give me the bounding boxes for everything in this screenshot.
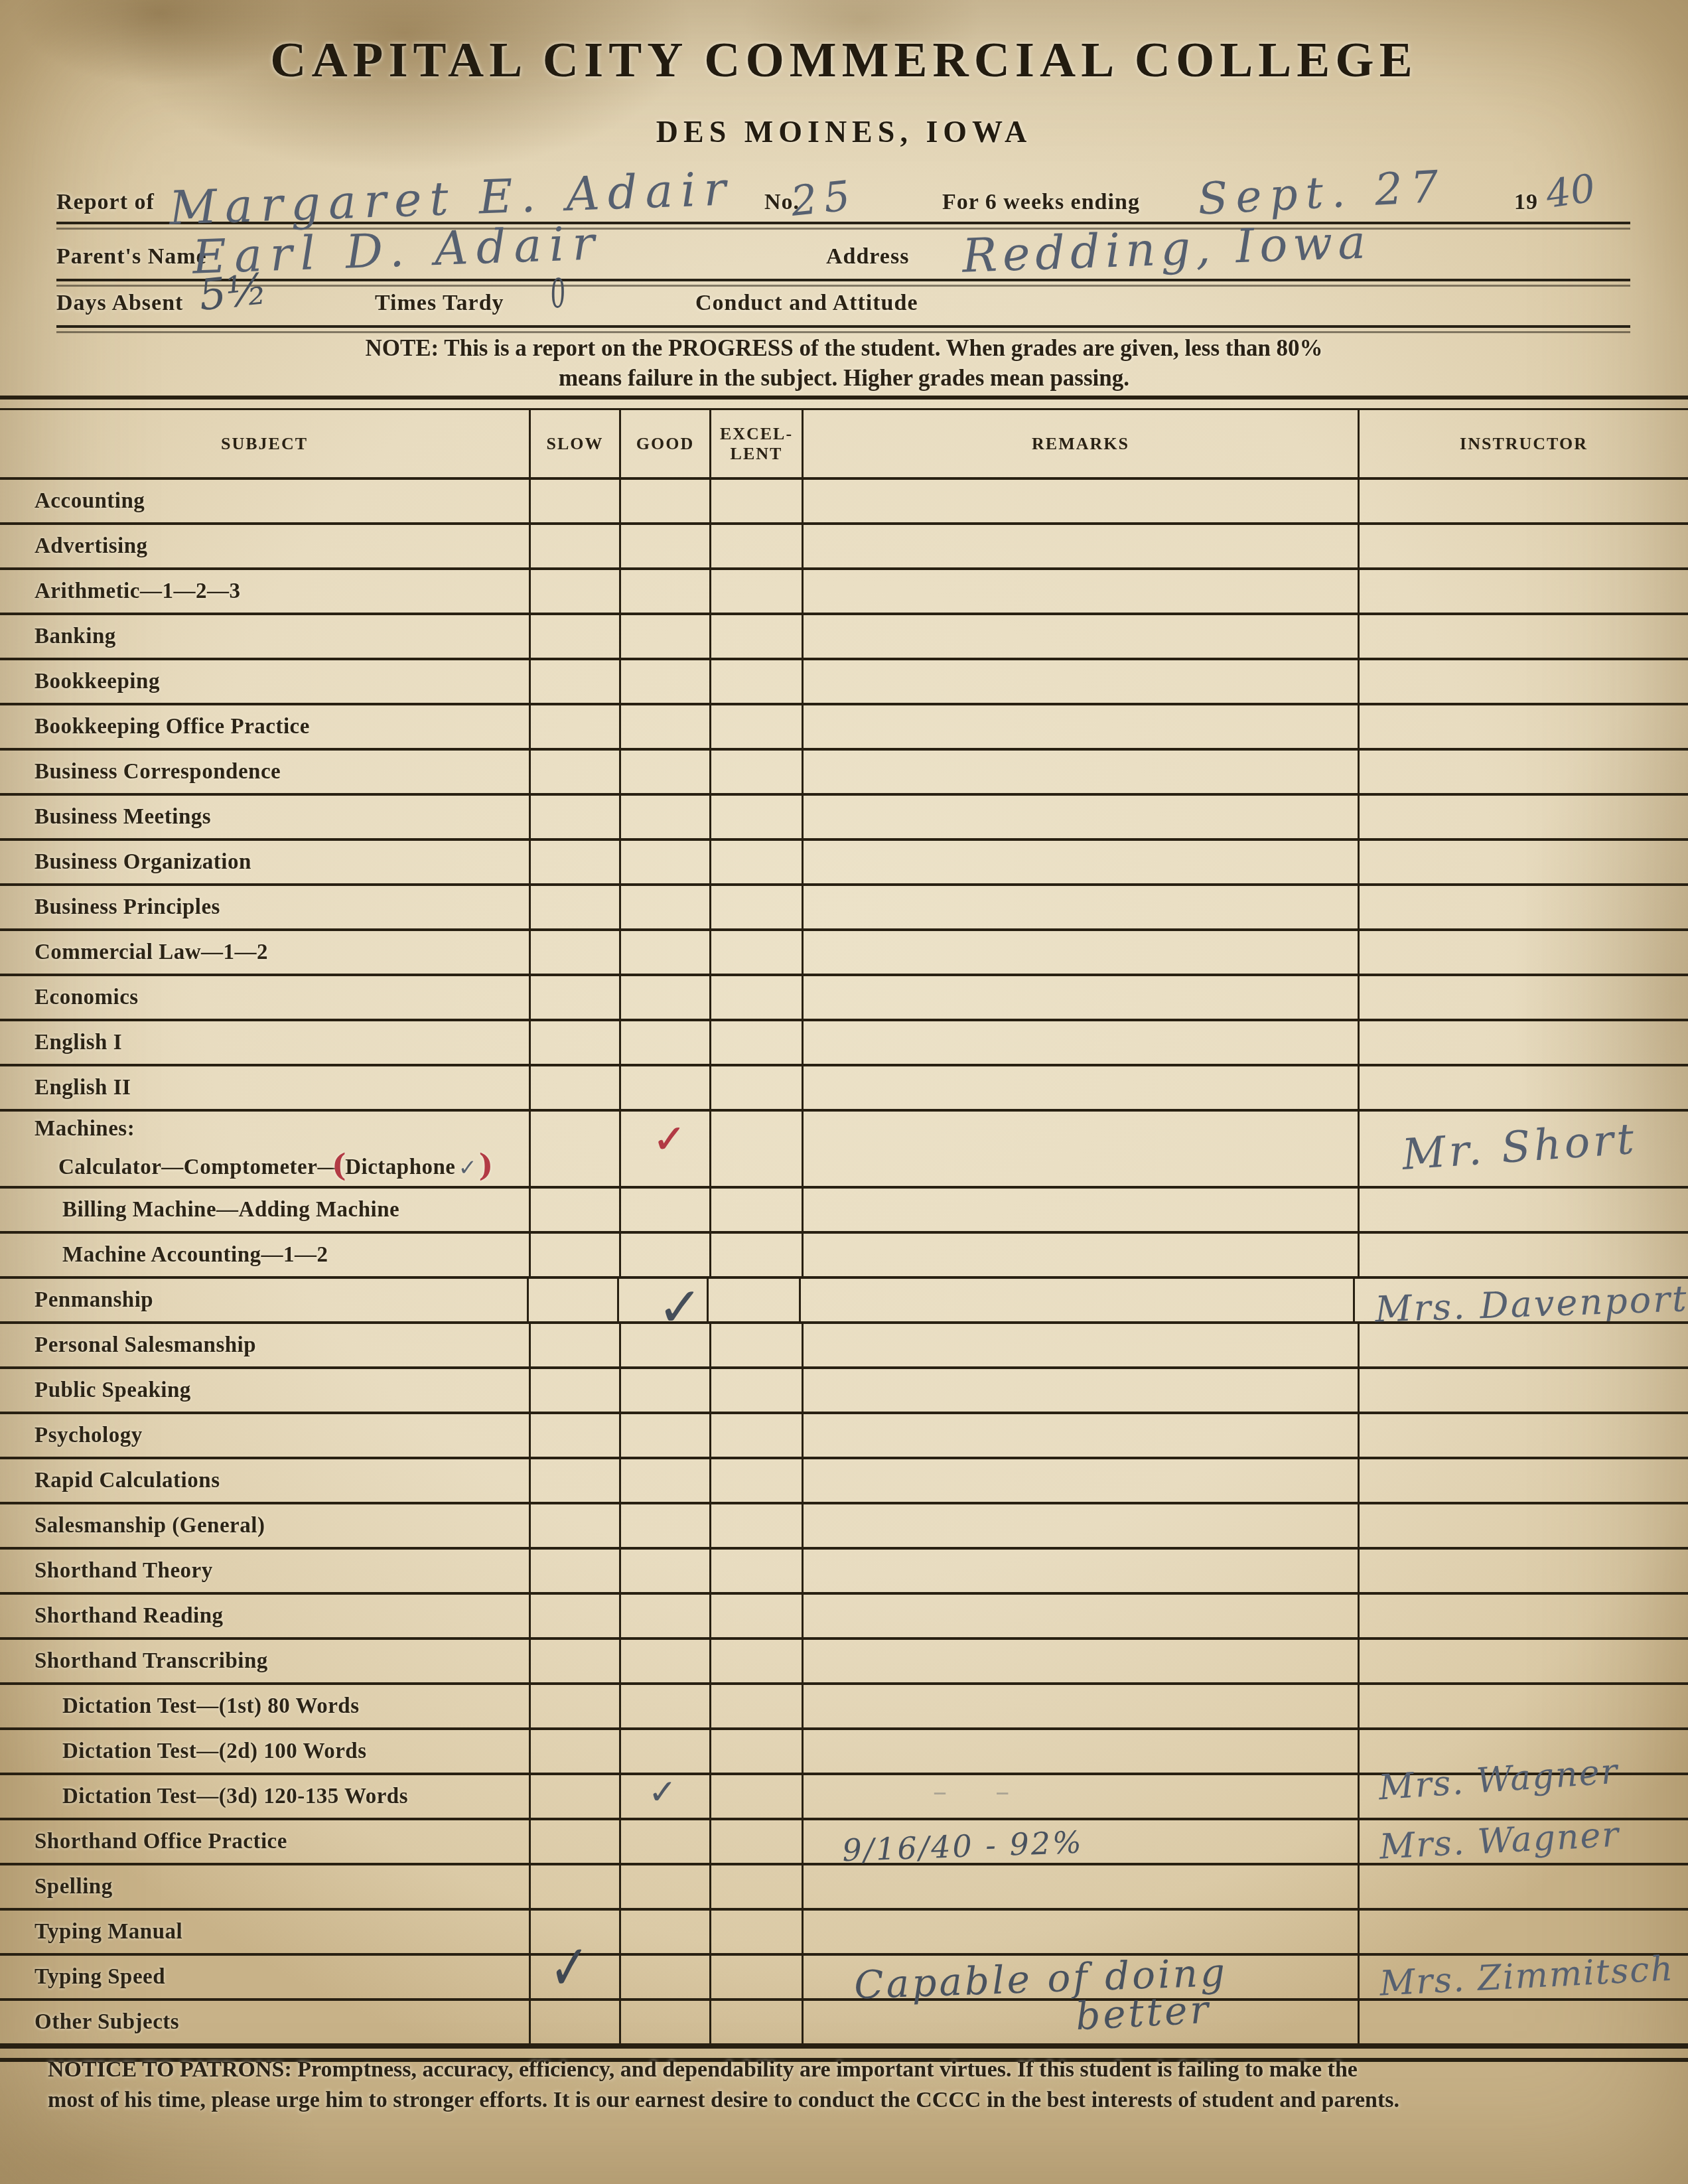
instructor-cell: [1358, 615, 1688, 658]
slow-cell: ✓: [529, 1956, 619, 1998]
excellent-cell: [709, 480, 802, 522]
excellent-cell: [709, 1911, 802, 1953]
subject-cell: English II: [0, 1066, 529, 1109]
good-cell: [619, 1685, 709, 1727]
excellent-cell: [709, 1234, 802, 1276]
table-row: Dictation Test—(3d) 120-135 Words✓– –Mrs…: [0, 1775, 1688, 1820]
remarks-cell: [802, 1911, 1358, 1953]
slow-cell: [529, 1775, 619, 1818]
subject-sub-text: Calculator—Comptometer—: [58, 1155, 340, 1179]
subject-label: Dictation Test—(1st) 80 Words: [0, 1694, 529, 1719]
subject-cell: Economics: [0, 976, 529, 1019]
subject-label: Typing Speed: [0, 1965, 529, 1990]
slow-cell: [529, 976, 619, 1019]
slow-cell: [529, 1595, 619, 1637]
subject-label: Arithmetic—1—2—3: [0, 579, 529, 604]
remarks-cell: Capable of doingbetter: [802, 1956, 1358, 1998]
grades-table: SUBJECT SLOW GOOD EXCEL- LENT REMARKS IN…: [0, 396, 1688, 2062]
table-row: Psychology: [0, 1414, 1688, 1459]
subject-label: Salesmanship (General): [0, 1514, 529, 1538]
excellent-cell: [709, 751, 802, 793]
subject-label: Rapid Calculations: [0, 1469, 529, 1493]
remarks-cell: [802, 1550, 1358, 1592]
table-row: Bookkeeping: [0, 660, 1688, 705]
remarks-cell: [802, 660, 1358, 703]
good-cell: ✓: [619, 1775, 709, 1818]
subject-label: Shorthand Reading: [0, 1604, 529, 1629]
address-label: Address: [826, 244, 909, 269]
slow-cell: [529, 660, 619, 703]
check-mark-icon: ✓: [648, 1775, 677, 1810]
instructor-cell: [1358, 1459, 1688, 1502]
times-tardy-label: Times Tardy: [375, 291, 504, 316]
slow-cell: [529, 1324, 619, 1366]
header-instructor: INSTRUCTOR: [1358, 410, 1688, 477]
subject-cell: Accounting: [0, 480, 529, 522]
subject-cell: Dictation Test—(3d) 120-135 Words: [0, 1775, 529, 1818]
instructor-cell: [1358, 1595, 1688, 1637]
subject-label: Shorthand Transcribing: [0, 1649, 529, 1674]
subject-label: Shorthand Theory: [0, 1559, 529, 1583]
red-paren-open: (: [332, 1147, 346, 1183]
remarks-cell: [799, 1279, 1353, 1321]
subject-cell: Bookkeeping Office Practice: [0, 705, 529, 748]
subject-cell: Commercial Law—1—2: [0, 931, 529, 974]
table-row: Business Organization: [0, 841, 1688, 886]
slow-cell: [529, 1234, 619, 1276]
slow-cell: [529, 1112, 619, 1186]
good-cell: [619, 1414, 709, 1457]
slow-cell: [529, 751, 619, 793]
instructor-cell: [1358, 976, 1688, 1019]
table-row: Typing Speed✓Capable of doingbetterMrs. …: [0, 1956, 1688, 2001]
subject-label: Personal Salesmanship: [0, 1333, 529, 1358]
table-row: Banking: [0, 615, 1688, 660]
slow-cell: [529, 1021, 619, 1064]
excellent-cell: [709, 1775, 802, 1818]
good-cell: [619, 931, 709, 974]
excellent-cell: [709, 1459, 802, 1502]
remarks-cell: [802, 1595, 1358, 1637]
subject-cell: Rapid Calculations: [0, 1459, 529, 1502]
instructor-cell: [1358, 886, 1688, 928]
instructor-cell: Mr. Short: [1358, 1112, 1688, 1186]
table-rows: AccountingAdvertisingArithmetic—1—2—3Ban…: [0, 480, 1688, 2046]
table-row: Economics: [0, 976, 1688, 1021]
remarks-cell: [802, 1414, 1358, 1457]
year-prefix-label: 19: [1514, 190, 1538, 215]
subject-cell: Spelling: [0, 1865, 529, 1908]
ending-date-handwriting: Sept. 27: [1196, 161, 1448, 225]
report-card-scan: CAPITAL CITY COMMERCIAL COLLEGE DES MOIN…: [0, 0, 1688, 2184]
excellent-cell: [709, 1820, 802, 1863]
table-row: Shorthand Theory: [0, 1550, 1688, 1595]
table-row: Spelling: [0, 1865, 1688, 1911]
excellent-cell: [707, 1279, 799, 1321]
instructor-cell: [1358, 1234, 1688, 1276]
notice-line-1: NOTICE TO PATRONS: Promptness, accuracy,…: [48, 2057, 1667, 2082]
remarks-cell: [802, 1021, 1358, 1064]
subject-cell: Personal Salesmanship: [0, 1324, 529, 1366]
table-row: Dictation Test—(1st) 80 Words: [0, 1685, 1688, 1730]
subject-label: Spelling: [0, 1875, 529, 1899]
subject-label: English II: [0, 1076, 529, 1100]
good-cell: [619, 2001, 709, 2043]
subject-cell: Shorthand Office Practice: [0, 1820, 529, 1863]
subject-cell: Shorthand Transcribing: [0, 1640, 529, 1682]
instructor-cell: [1358, 1189, 1688, 1231]
excellent-cell: [709, 570, 802, 613]
remarks-cell: [802, 796, 1358, 838]
remarks-cell: [802, 1459, 1358, 1502]
subject-cell: Advertising: [0, 525, 529, 567]
table-row: Shorthand Transcribing: [0, 1640, 1688, 1685]
subject-label: Penmanship: [0, 1288, 527, 1313]
table-row: Accounting: [0, 480, 1688, 525]
instructor-cell: [1358, 1911, 1688, 1953]
instructor-signature: Mr. Short: [1358, 1114, 1639, 1183]
subject-label: Business Correspondence: [0, 760, 529, 784]
excellent-cell: [709, 1730, 802, 1773]
instructor-cell: [1358, 1504, 1688, 1547]
subject-cell: Typing Speed: [0, 1956, 529, 1998]
remarks-cell: [802, 1685, 1358, 1727]
good-cell: [619, 1369, 709, 1412]
subject-cell: Public Speaking: [0, 1369, 529, 1412]
report-of-label: Report of: [56, 190, 155, 215]
instructor-cell: [1358, 1369, 1688, 1412]
remarks-cell: [802, 1730, 1358, 1773]
table-row: English II: [0, 1066, 1688, 1112]
instructor-cell: [1358, 525, 1688, 567]
excellent-cell: [709, 705, 802, 748]
subject-cell: Shorthand Reading: [0, 1595, 529, 1637]
good-cell: [619, 525, 709, 567]
table-row: English I: [0, 1021, 1688, 1066]
slow-cell: [529, 525, 619, 567]
slow-cell: [529, 841, 619, 883]
subject-label: Public Speaking: [0, 1378, 529, 1403]
remarks-cell: [802, 525, 1358, 567]
table-row: Rapid Calculations: [0, 1459, 1688, 1504]
good-cell: [619, 1459, 709, 1502]
excellent-cell: [709, 1189, 802, 1231]
header-excellent: EXCEL- LENT: [709, 410, 802, 477]
table-row: Personal Salesmanship: [0, 1324, 1688, 1369]
table-row: Commercial Law—1—2: [0, 931, 1688, 976]
remarks-cell: [802, 570, 1358, 613]
table-row: Machines:Calculator—Comptometer—(Dictaph…: [0, 1112, 1688, 1189]
college-name: CAPITAL CITY COMMERCIAL COLLEGE: [0, 32, 1688, 89]
slow-cell: [529, 1820, 619, 1863]
subject-cell: Bookkeeping: [0, 660, 529, 703]
header-subject: SUBJECT: [0, 410, 529, 477]
table-row: Business Principles: [0, 886, 1688, 931]
instructor-cell: [1358, 570, 1688, 613]
excellent-cell: [709, 1640, 802, 1682]
excellent-cell: [709, 931, 802, 974]
subject-cell: Penmanship: [0, 1279, 527, 1321]
excellent-cell: [709, 1550, 802, 1592]
remarks-cell: – –: [802, 1775, 1358, 1818]
instructor-cell: [1358, 480, 1688, 522]
college-location: DES MOINES, IOWA: [0, 114, 1688, 149]
parent-name-label: Parent's Name: [56, 244, 207, 269]
slow-cell: [529, 1550, 619, 1592]
instructor-cell: [1358, 1021, 1688, 1064]
excellent-cell: [709, 1112, 802, 1186]
year-handwriting: 40: [1543, 165, 1598, 217]
slow-cell: [529, 1066, 619, 1109]
remarks-cell: [802, 1234, 1358, 1276]
remarks-cell: [802, 931, 1358, 974]
slow-cell: [529, 886, 619, 928]
remarks-cell: [802, 1504, 1358, 1547]
instructor-cell: [1358, 1865, 1688, 1908]
excellent-cell: [709, 1685, 802, 1727]
subject-cell: Machine Accounting—1—2: [0, 1234, 529, 1276]
subject-cell: Billing Machine—Adding Machine: [0, 1189, 529, 1231]
table-top-rule: [0, 396, 1688, 410]
subject-label: Commercial Law—1—2: [0, 940, 529, 965]
pencil-check-icon: ✓: [458, 1155, 478, 1181]
subject-label: English I: [0, 1031, 529, 1055]
good-cell: ✓: [617, 1279, 707, 1321]
number-handwriting: 25: [788, 171, 859, 226]
subject-cell: Business Principles: [0, 886, 529, 928]
subject-cell: Machines:Calculator—Comptometer—(Dictaph…: [0, 1112, 529, 1186]
slow-cell: [529, 1369, 619, 1412]
good-cell: [619, 1820, 709, 1863]
subject-label: Billing Machine—Adding Machine: [0, 1198, 529, 1222]
good-cell: [619, 841, 709, 883]
table-row: Arithmetic—1—2—3: [0, 570, 1688, 615]
table-header-row: SUBJECT SLOW GOOD EXCEL- LENT REMARKS IN…: [0, 410, 1688, 480]
subject-cell: Typing Manual: [0, 1911, 529, 1953]
table-row: Business Correspondence: [0, 751, 1688, 796]
remarks-cell: [802, 1066, 1358, 1109]
good-cell: [619, 480, 709, 522]
good-cell: [619, 705, 709, 748]
table-row: Machine Accounting—1—2: [0, 1234, 1688, 1279]
table-row: Shorthand Office Practice9/16/40 - 92%Mr…: [0, 1820, 1688, 1865]
good-cell: [619, 570, 709, 613]
table-row: Advertising: [0, 525, 1688, 570]
good-cell: [619, 1911, 709, 1953]
slow-cell: [529, 796, 619, 838]
good-cell: [619, 1865, 709, 1908]
slow-cell: [529, 2001, 619, 2043]
excellent-cell: [709, 976, 802, 1019]
check-mark-icon: ✓: [657, 1281, 703, 1335]
excellent-cell: [709, 1865, 802, 1908]
slow-cell: [527, 1279, 617, 1321]
instructor-cell: Mrs. Davenport: [1353, 1279, 1688, 1321]
subject-label: Business Organization: [0, 850, 529, 875]
slow-cell: [529, 1414, 619, 1457]
subject-sub-word: Dictaphone: [345, 1155, 455, 1179]
table-row: Public Speaking: [0, 1369, 1688, 1414]
instructor-signature: Mrs. Zimmitsch: [1359, 1949, 1675, 2005]
slow-cell: [529, 705, 619, 748]
subject-cell: Business Meetings: [0, 796, 529, 838]
remarks-cell: [802, 751, 1358, 793]
subject-label: Bookkeeping Office Practice: [0, 715, 529, 739]
good-cell: [619, 751, 709, 793]
subject-cell: Banking: [0, 615, 529, 658]
excellent-cell: [709, 1021, 802, 1064]
subject-cell: Shorthand Theory: [0, 1550, 529, 1592]
table-row: Typing Manual: [0, 1911, 1688, 1956]
remarks-handwriting-line2: better: [1074, 1987, 1212, 2039]
subject-label: Accounting: [0, 489, 529, 514]
excellent-cell: [709, 1066, 802, 1109]
good-cell: [619, 1640, 709, 1682]
subject-label: Business Principles: [0, 895, 529, 920]
good-cell: [619, 1234, 709, 1276]
remarks-handwriting: 9/16/40 - 92%: [803, 1824, 1084, 1870]
six-weeks-ending-label: For 6 weeks ending: [942, 190, 1140, 215]
subject-label: Other Subjects: [0, 2010, 529, 2035]
subject-label: Shorthand Office Practice: [0, 1830, 529, 1854]
subject-label: Economics: [0, 985, 529, 1010]
days-absent-label: Days Absent: [56, 291, 183, 316]
check-mark-icon: ✓: [652, 1120, 685, 1159]
good-cell: [619, 1021, 709, 1064]
instructor-cell: [1358, 1324, 1688, 1366]
slow-cell: [529, 1504, 619, 1547]
remarks-cell: [802, 1112, 1358, 1186]
subject-cell: Dictation Test—(1st) 80 Words: [0, 1685, 529, 1727]
table-row: Penmanship✓Mrs. Davenport: [0, 1279, 1688, 1324]
subject-sub-label: Calculator—Comptometer—(Dictaphone✓): [0, 1145, 529, 1181]
instructor-cell: [1358, 1685, 1688, 1727]
remarks-cell: [802, 1324, 1358, 1366]
good-cell: [619, 1595, 709, 1637]
slow-cell: [529, 570, 619, 613]
slow-cell: [529, 615, 619, 658]
remarks-cell: [802, 886, 1358, 928]
remarks-cell: [802, 1865, 1358, 1908]
table-row: Shorthand Reading: [0, 1595, 1688, 1640]
note-line-2: means failure in the subject. Higher gra…: [0, 365, 1688, 392]
instructor-cell: [1358, 931, 1688, 974]
note-line-1: NOTE: This is a report on the PROGRESS o…: [0, 335, 1688, 362]
remarks-cell: [802, 1640, 1358, 1682]
good-cell: [619, 796, 709, 838]
instructor-signature: Mrs. Wagner: [1359, 1815, 1621, 1868]
instructor-cell: [1358, 660, 1688, 703]
good-cell: [619, 1730, 709, 1773]
excellent-cell: [709, 1956, 802, 1998]
days-line-rule: [56, 325, 1630, 333]
instructor-cell: Mrs. Wagner: [1358, 1775, 1688, 1818]
subject-cell: Other Subjects: [0, 2001, 529, 2043]
slow-cell: [529, 1459, 619, 1502]
table-row: Business Meetings: [0, 796, 1688, 841]
excellent-cell: [709, 1414, 802, 1457]
excellent-cell: [709, 660, 802, 703]
subject-label: Banking: [0, 624, 529, 649]
instructor-cell: Mrs. Wagner: [1358, 1820, 1688, 1863]
subject-label: Psychology: [0, 1423, 529, 1448]
faint-pencil-marks: – –: [804, 1775, 1029, 1808]
days-absent-handwriting: 5½: [196, 265, 269, 321]
conduct-attitude-label: Conduct and Attitude: [695, 291, 918, 316]
table-row: Billing Machine—Adding Machine: [0, 1189, 1688, 1234]
instructor-cell: [1358, 1550, 1688, 1592]
slow-cell: [529, 1685, 619, 1727]
instructor-cell: [1358, 1414, 1688, 1457]
good-cell: ✓: [619, 1112, 709, 1186]
good-cell: [619, 1504, 709, 1547]
excellent-cell: [709, 1369, 802, 1412]
subject-label: Machines:: [0, 1117, 529, 1141]
remarks-cell: [802, 841, 1358, 883]
slow-cell: [529, 1189, 619, 1231]
instructor-cell: [1358, 1066, 1688, 1109]
good-cell: [619, 1189, 709, 1231]
excellent-cell: [709, 841, 802, 883]
excellent-cell: [709, 2001, 802, 2043]
instructor-cell: [1358, 796, 1688, 838]
excellent-cell: [709, 525, 802, 567]
subject-label: Advertising: [0, 534, 529, 559]
slow-cell: [529, 931, 619, 974]
good-cell: [619, 1550, 709, 1592]
instructor-cell: Mrs. Zimmitsch: [1358, 1956, 1688, 1998]
slow-cell: [529, 1730, 619, 1773]
subject-cell: Psychology: [0, 1414, 529, 1457]
instructor-cell: [1358, 1640, 1688, 1682]
subject-cell: Business Organization: [0, 841, 529, 883]
instructor-signature: Mrs. Davenport: [1354, 1277, 1688, 1331]
instructor-cell: [1358, 705, 1688, 748]
instructor-cell: [1358, 2001, 1688, 2043]
table-row: Salesmanship (General): [0, 1504, 1688, 1550]
instructor-cell: [1358, 841, 1688, 883]
slow-cell: [529, 1640, 619, 1682]
remarks-cell: [802, 1369, 1358, 1412]
subject-cell: Salesmanship (General): [0, 1504, 529, 1547]
excellent-cell: [709, 1324, 802, 1366]
remarks-cell: [802, 615, 1358, 658]
subject-label: Dictation Test—(3d) 120-135 Words: [0, 1784, 529, 1809]
table-row: Bookkeeping Office Practice: [0, 705, 1688, 751]
subject-label: Dictation Test—(2d) 100 Words: [0, 1739, 529, 1764]
good-cell: [619, 1066, 709, 1109]
good-cell: [619, 976, 709, 1019]
slow-cell: [529, 1865, 619, 1908]
subject-cell: English I: [0, 1021, 529, 1064]
check-mark-icon: ✓: [549, 1936, 589, 2000]
subject-label: Bookkeeping: [0, 670, 529, 694]
red-paren-close: ): [479, 1147, 494, 1183]
slow-cell: [529, 480, 619, 522]
good-cell: [619, 886, 709, 928]
remarks-cell: [802, 976, 1358, 1019]
times-tardy-handwriting: 0: [548, 270, 568, 318]
subject-cell: Business Correspondence: [0, 751, 529, 793]
good-cell: [619, 660, 709, 703]
remarks-cell: [802, 480, 1358, 522]
good-cell: [619, 1956, 709, 1998]
good-cell: [619, 615, 709, 658]
header-slow: SLOW: [529, 410, 619, 477]
subject-cell: Arithmetic—1—2—3: [0, 570, 529, 613]
subject-label: Business Meetings: [0, 805, 529, 830]
subject-cell: Dictation Test—(2d) 100 Words: [0, 1730, 529, 1773]
